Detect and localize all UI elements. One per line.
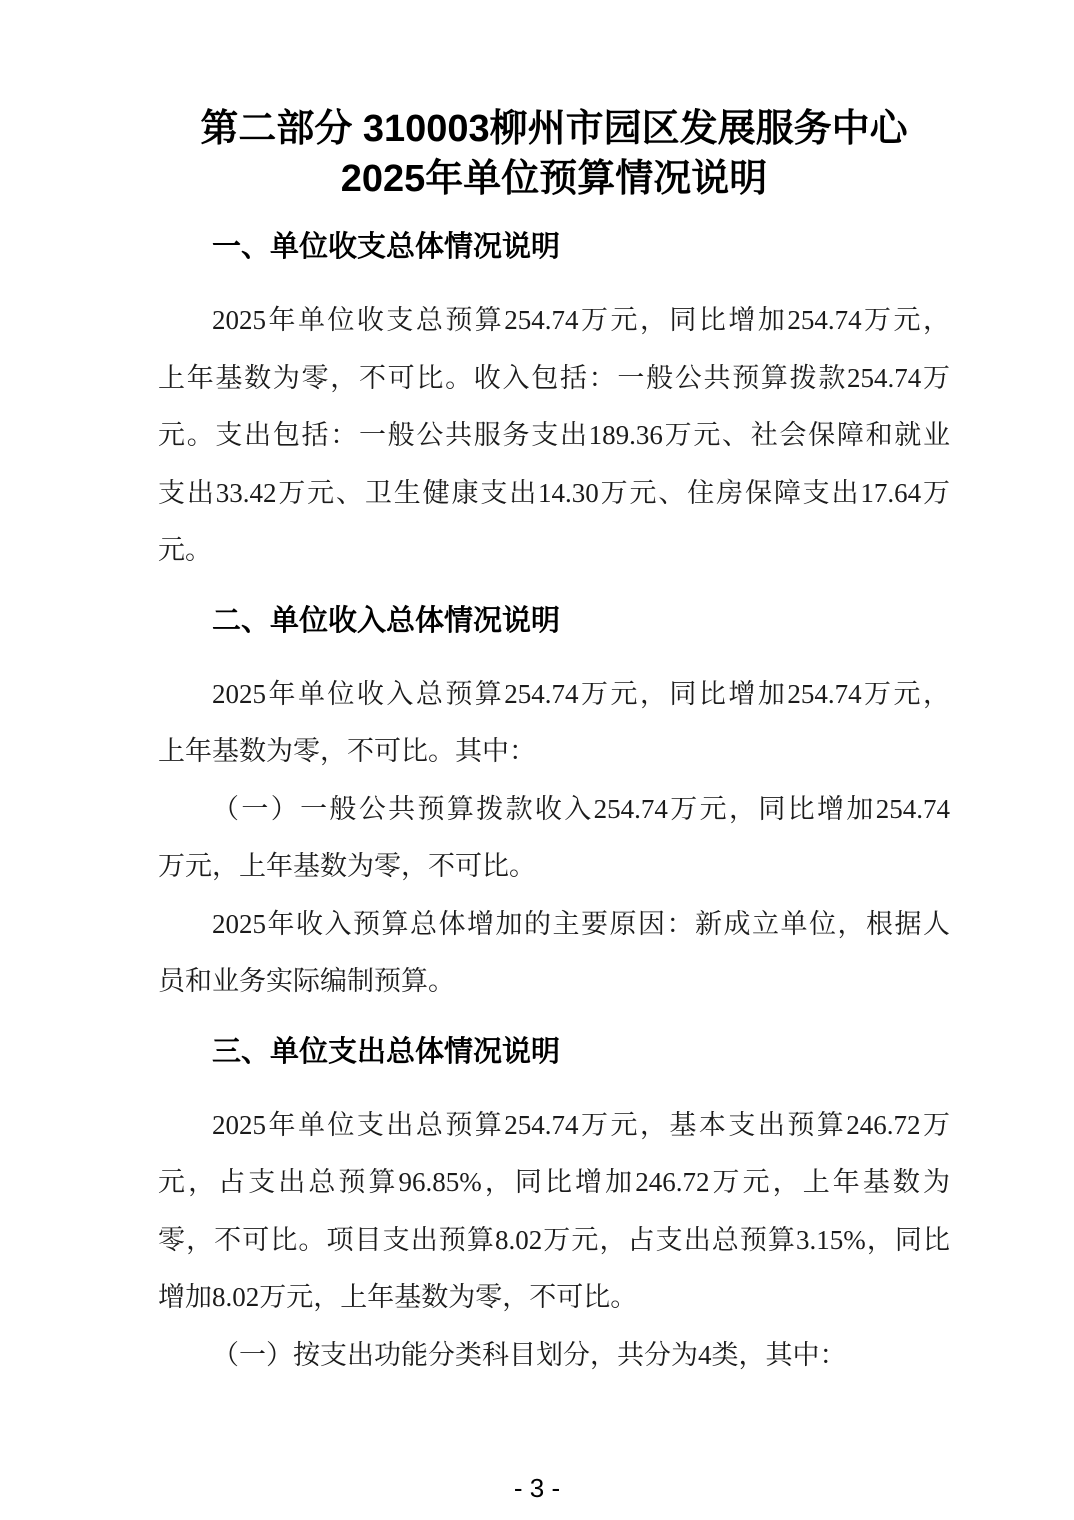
text-line: （一）一般公共预算拨款收入254.74万元，同比增加254.74 bbox=[158, 781, 950, 839]
page-number: - 3 - bbox=[0, 1473, 1074, 1504]
text-line: 零，不可比。项目支出预算8.02万元，占支出总预算3.15%，同比 bbox=[158, 1212, 950, 1270]
text-line: 2025年单位收入总预算254.74万元，同比增加254.74万元， bbox=[158, 666, 950, 724]
section-3-body: 2025年单位支出总预算254.74万元，基本支出预算246.72万 元，占支出… bbox=[158, 1097, 950, 1385]
text-line: 员和业务实际编制预算。 bbox=[158, 953, 950, 1011]
paragraph: 2025年单位收入总预算254.74万元，同比增加254.74万元， 上年基数为… bbox=[158, 666, 950, 781]
section-1-body: 2025年单位收支总预算254.74万元，同比增加254.74万元， 上年基数为… bbox=[158, 292, 950, 580]
text-line: 万元，上年基数为零，不可比。 bbox=[158, 838, 950, 896]
text-line: 2025年单位支出总预算254.74万元，基本支出预算246.72万 bbox=[158, 1097, 950, 1155]
text-line: 增加8.02万元，上年基数为零，不可比。 bbox=[158, 1269, 950, 1327]
text-line: （一）按支出功能分类科目划分，共分为4类，其中： bbox=[158, 1327, 950, 1385]
document-title-line-1: 第二部分 310003柳州市园区发展服务中心 bbox=[158, 104, 950, 154]
text-line: 元。支出包括：一般公共服务支出189.36万元、社会保障和就业 bbox=[158, 407, 950, 465]
paragraph: （一）按支出功能分类科目划分，共分为4类，其中： bbox=[158, 1327, 950, 1385]
section-overall-income: 二、单位收入总体情况说明 2025年单位收入总预算254.74万元，同比增加25… bbox=[158, 592, 950, 1011]
paragraph: 2025年单位收支总预算254.74万元，同比增加254.74万元， 上年基数为… bbox=[158, 292, 950, 580]
paragraph: （一）一般公共预算拨款收入254.74万元，同比增加254.74 万元，上年基数… bbox=[158, 781, 950, 896]
section-1-heading: 一、单位收支总体情况说明 bbox=[158, 218, 950, 276]
document-title: 第二部分 310003柳州市园区发展服务中心 2025年单位预算情况说明 bbox=[158, 104, 950, 204]
text-line: 元，占支出总预算96.85%，同比增加246.72万元，上年基数为 bbox=[158, 1154, 950, 1212]
text-line: 支出33.42万元、卫生健康支出14.30万元、住房保障支出17.64万 bbox=[158, 465, 950, 523]
section-2-body: 2025年单位收入总预算254.74万元，同比增加254.74万元， 上年基数为… bbox=[158, 666, 950, 1011]
text-line: 2025年收入预算总体增加的主要原因：新成立单位，根据人 bbox=[158, 896, 950, 954]
section-overall-expenditure: 三、单位支出总体情况说明 2025年单位支出总预算254.74万元，基本支出预算… bbox=[158, 1023, 950, 1385]
text-line: 上年基数为零，不可比。收入包括：一般公共预算拨款254.74万 bbox=[158, 350, 950, 408]
paragraph: 2025年单位支出总预算254.74万元，基本支出预算246.72万 元，占支出… bbox=[158, 1097, 950, 1327]
section-2-heading: 二、单位收入总体情况说明 bbox=[158, 592, 950, 650]
section-overall-income-expenditure: 一、单位收支总体情况说明 2025年单位收支总预算254.74万元，同比增加25… bbox=[158, 218, 950, 580]
document-page: 第二部分 310003柳州市园区发展服务中心 2025年单位预算情况说明 一、单… bbox=[0, 0, 1074, 1520]
text-line: 上年基数为零，不可比。其中： bbox=[158, 723, 950, 781]
section-3-heading: 三、单位支出总体情况说明 bbox=[158, 1023, 950, 1081]
document-title-line-2: 2025年单位预算情况说明 bbox=[158, 154, 950, 204]
document-content: 第二部分 310003柳州市园区发展服务中心 2025年单位预算情况说明 一、单… bbox=[0, 0, 1074, 1384]
text-line: 2025年单位收支总预算254.74万元，同比增加254.74万元， bbox=[158, 292, 950, 350]
paragraph: 2025年收入预算总体增加的主要原因：新成立单位，根据人 员和业务实际编制预算。 bbox=[158, 896, 950, 1011]
text-line: 元。 bbox=[158, 522, 950, 580]
